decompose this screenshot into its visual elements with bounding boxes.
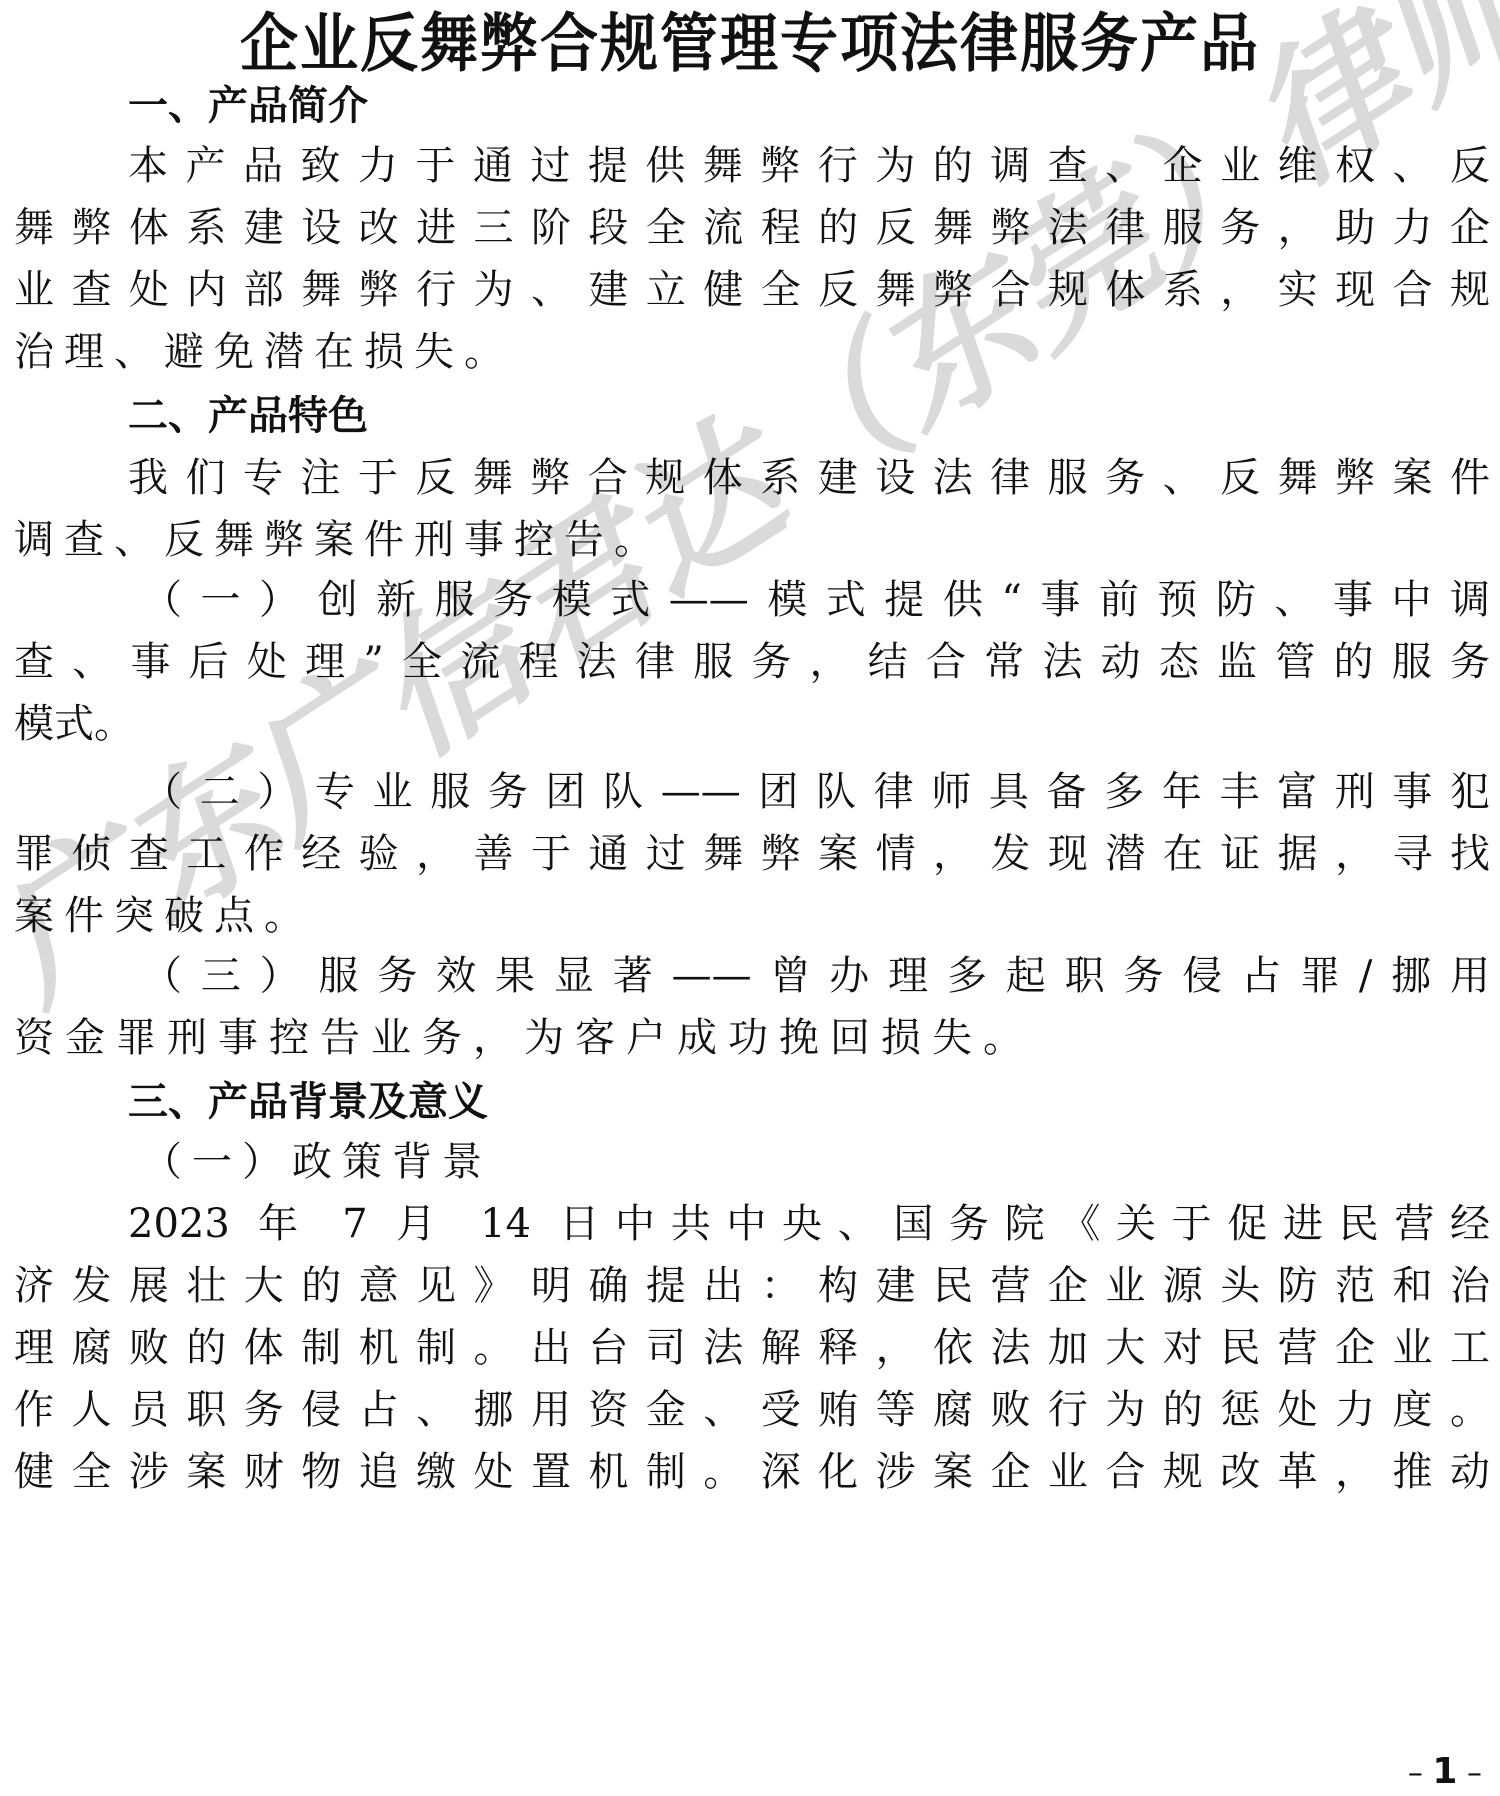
section-heading-intro: 一、产品简介 (128, 78, 368, 134)
paragraph-line: 作人员职务侵占、挪用资金、受贿等腐败行为的惩处力度。 (14, 1382, 1490, 1438)
paragraph-line: 济发展壮大的意见》明确提出：构建民营企业源头防范和治 (14, 1258, 1490, 1314)
paragraph-line: 资金罪刑事控告业务，为客户成功挽回损失。 (14, 1010, 1490, 1066)
paragraph-line: 查、事后处理”全流程法律服务，结合常法动态监管的服务 (14, 634, 1490, 690)
feature-item-innovation: （一）创新服务模式——模式提供“事前预防、事中调 (14, 572, 1490, 628)
document-title: 企业反舞弊合规管理专项法律服务产品 (0, 4, 1500, 83)
paragraph-line: 罪侦查工作经验，善于通过舞弊案情，发现潜在证据，寻找 (14, 826, 1490, 882)
section-heading-background: 三、产品背景及意义 (128, 1074, 488, 1130)
paragraph-line: 本产品致力于通过提供舞弊行为的调查、企业维权、反 (14, 138, 1490, 194)
paragraph-line: 舞弊体系建设改进三阶段全流程的反舞弊法律服务，助力企 (14, 200, 1490, 256)
feature-item-team: （二）专业服务团队——团队律师具备多年丰富刑事犯 (14, 764, 1490, 820)
paragraph-line: 我们专注于反舞弊合规体系建设法律服务、反舞弊案件 (14, 450, 1490, 506)
paragraph-line: 健全涉案财物追缴处置机制。深化涉案企业合规改革，推动 (14, 1444, 1490, 1500)
paragraph-line: 模式。 (14, 696, 1490, 752)
paragraph-line: 业查处内部舞弊行为、建立健全反舞弊合规体系，实现合规 (14, 262, 1490, 318)
subsection-heading-policy: （一）政策背景 (14, 1134, 1490, 1190)
section-heading-features: 二、产品特色 (128, 388, 368, 444)
document-page: 广东广信君达（东莞）律师事务所 企业反舞弊合规管理专项法律服务产品 一、产品简介… (0, 0, 1500, 1796)
feature-item-results: （三）服务效果显著——曾办理多起职务侵占罪/挪用 (14, 948, 1490, 1004)
paragraph-line: 2023 年 7 月 14 日中共中央、国务院《关于促进民营经 (14, 1196, 1490, 1252)
page-number-value: 1 (1432, 1751, 1457, 1792)
paragraph-line: 理腐败的体制机制。出台司法解释，依法加大对民营企业工 (14, 1320, 1490, 1376)
page-number: – 1 – (1408, 1752, 1482, 1794)
paragraph-line: 调查、反舞弊案件刑事控告。 (14, 512, 1490, 568)
paragraph-line: 案件突破点。 (14, 888, 1490, 944)
paragraph-line: 治理、避免潜在损失。 (14, 324, 1490, 380)
